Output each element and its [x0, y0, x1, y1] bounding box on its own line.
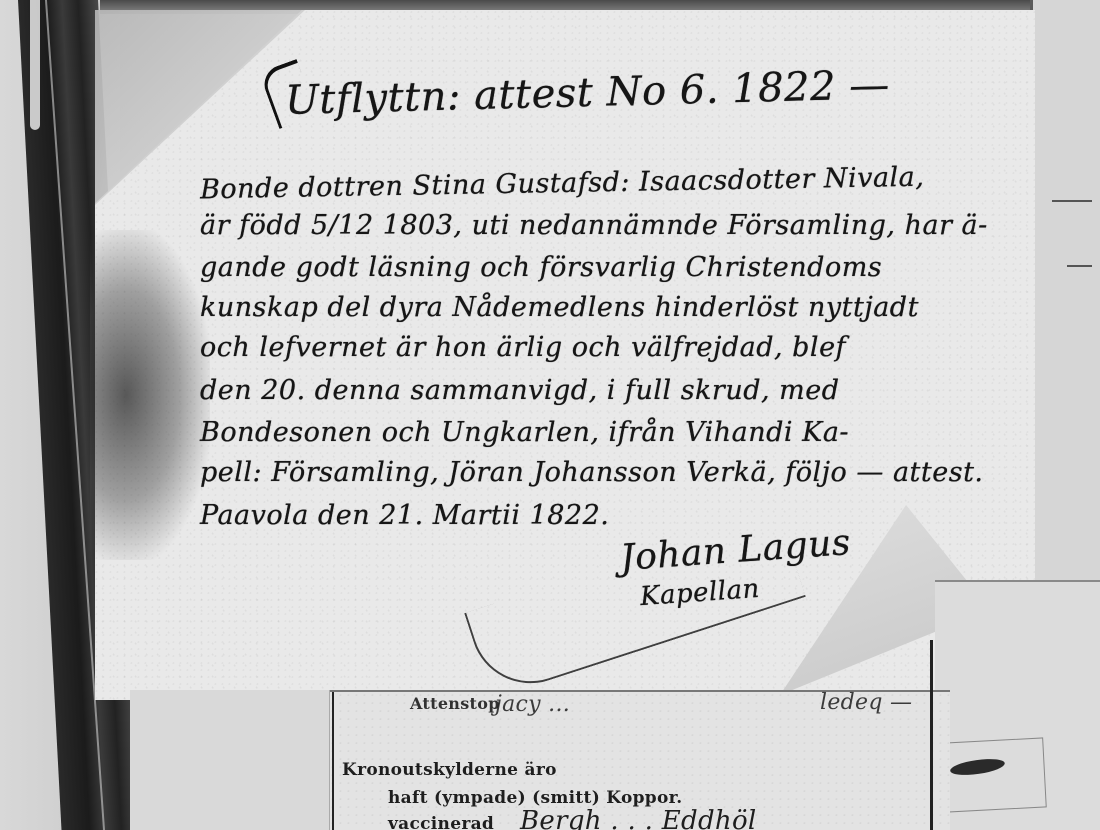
margin-mark: [1052, 200, 1092, 202]
body-line-8: pell: Församling, Jöran Johansson Verkä,…: [200, 457, 984, 488]
form-line-3: vaccinerad: [388, 814, 494, 830]
form-rule: [332, 692, 334, 830]
form-line-2: haft (ympade) (smitt) Koppor.: [388, 788, 683, 808]
body-line-7: Bondesonen och Ungkarlen, ifrån Vihandi …: [200, 417, 849, 448]
lower-right-frame: [943, 737, 1047, 812]
binding-highlight: [30, 0, 40, 130]
body-line-9-date: Paavola den 21. Martii 1822.: [200, 500, 609, 531]
body-line-3: gande godt läsning och försvarlig Christ…: [200, 252, 882, 283]
body-line-2: är född 5/12 1803, uti nedannämnde Försa…: [200, 210, 988, 241]
shadow-stain: [90, 230, 210, 560]
form-header-handwritten: jacy ...: [495, 692, 570, 717]
margin-mark: [1067, 265, 1092, 267]
form-handwritten-bottom: Bergh . . . Eddhöl: [520, 806, 757, 830]
form-header-handwritten-right: ledeq —: [820, 690, 912, 715]
form-line-1: Kronoutskylderne äro: [342, 760, 557, 780]
body-line-4: kunskap del dyra Nådemedlens hinderlöst …: [200, 292, 919, 323]
printed-form-left-column: [130, 690, 330, 830]
body-line-6: den 20. denna sammanvigd, i full skrud, …: [200, 375, 840, 406]
form-rule-right: [930, 640, 933, 830]
form-header-label: Attenstop: [410, 694, 500, 713]
body-line-5: och lefvernet är hon ärlig och välfrejda…: [200, 332, 846, 363]
